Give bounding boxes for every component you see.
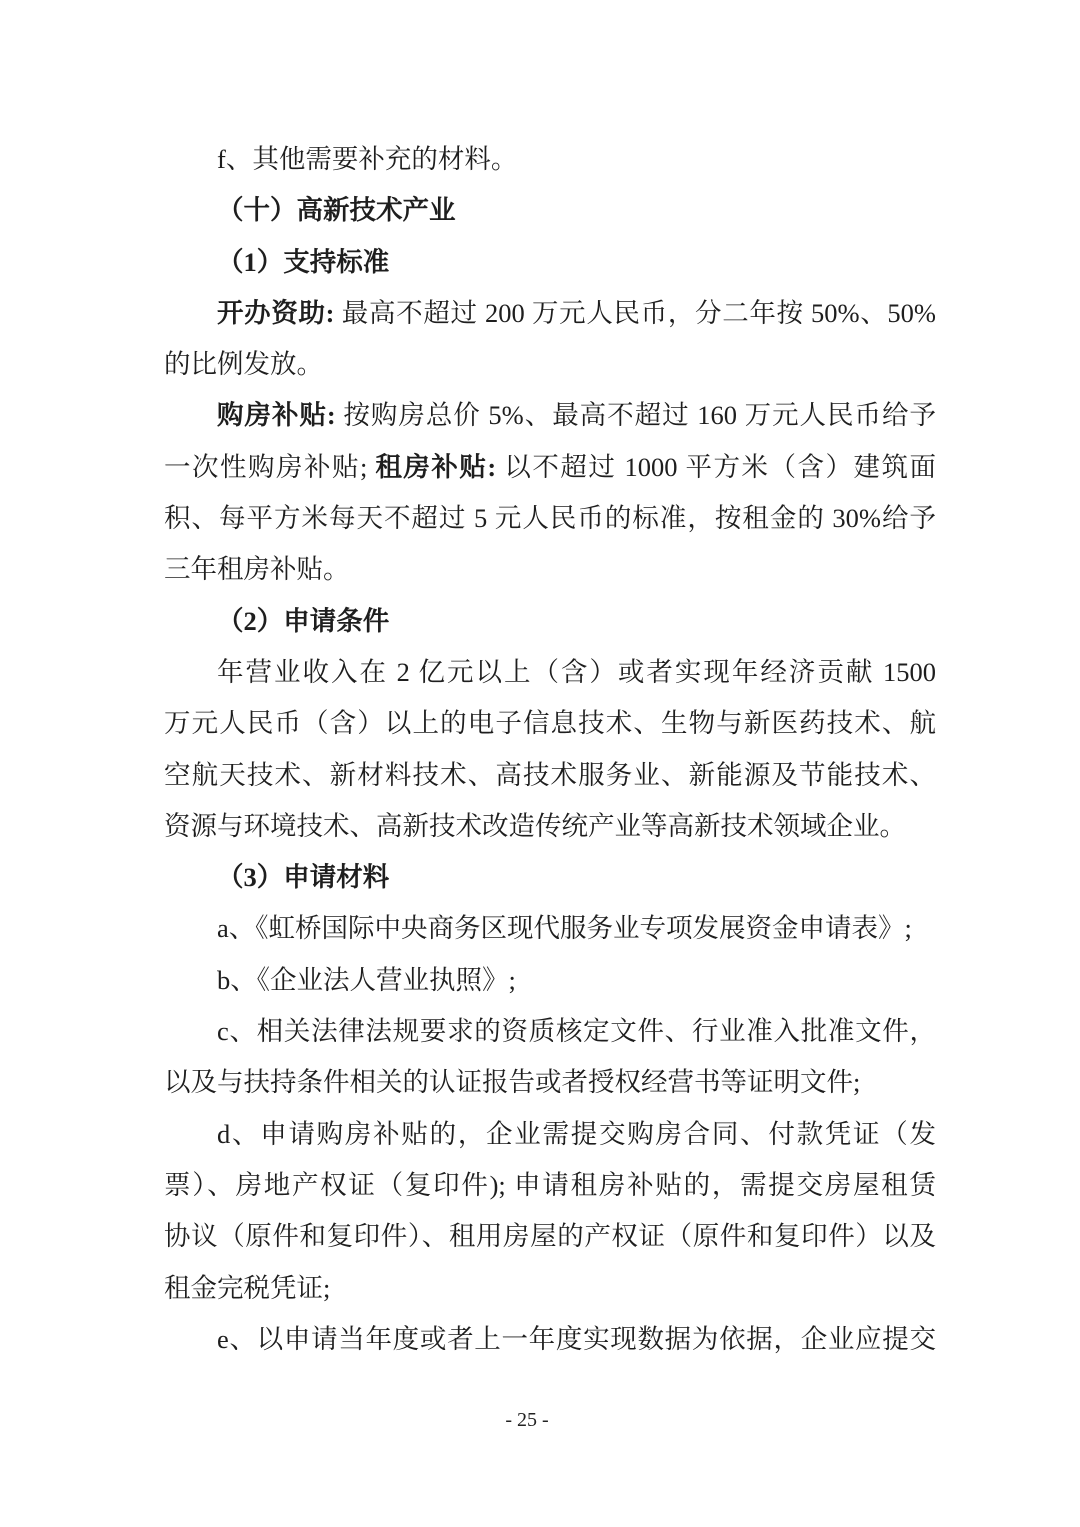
line-material-a-application-form: a、《虹桥国际中央商务区现代服务业专项发展资金申请表》; bbox=[164, 903, 936, 954]
text-startup-grant: 最高不超过 200 万元人民币，分二年按 50%、50% bbox=[335, 298, 936, 328]
label-startup-grant: 开办资助: bbox=[217, 298, 335, 328]
line-rent-subsidy: 一次性购房补贴; 租房补贴: 以不超过 1000 平方米（含）建筑面 bbox=[164, 442, 936, 493]
line-material-d-cont-3: 租金完税凭证; bbox=[164, 1263, 936, 1314]
line-material-b-business-license: b、《企业法人营业执照》; bbox=[164, 955, 936, 1006]
line-conditions-3: 空航天技术、新材料技术、高技术服务业、新能源及节能技术、 bbox=[164, 750, 936, 801]
line-material-d-cont-2: 协议（原件和复印件）、租用房屋的产权证（原件和复印件）以及 bbox=[164, 1211, 936, 1262]
heading-2-application-conditions: （2）申请条件 bbox=[164, 596, 936, 647]
line-conditions-2: 万元人民币（含）以上的电子信息技术、生物与新医药技术、航 bbox=[164, 698, 936, 749]
line-material-e-data-basis: e、以申请当年度或者上一年度实现数据为依据，企业应提交 bbox=[164, 1314, 936, 1365]
line-conditions-1: 年营业收入在 2 亿元以上（含）或者实现年经济贡献 1500 bbox=[164, 647, 936, 698]
line-material-c-qualification-docs: c、相关法律法规要求的资质核定文件、行业准入批准文件， bbox=[164, 1006, 936, 1057]
text-purchase-subsidy-cont: 一次性购房补贴; bbox=[164, 452, 375, 482]
line-material-d-purchase-docs: d、申请购房补贴的，企业需提交购房合同、付款凭证（发 bbox=[164, 1109, 936, 1160]
heading-1-support-standard: （1）支持标准 bbox=[164, 237, 936, 288]
page-footer: - 25 - bbox=[0, 1405, 1054, 1435]
label-purchase-subsidy: 购房补贴: bbox=[217, 400, 336, 430]
line-purchase-subsidy: 购房补贴: 按购房总价 5%、最高不超过 160 万元人民币给予 bbox=[164, 390, 936, 441]
line-material-c-cont: 以及与扶持条件相关的认证报告或者授权经营书等证明文件; bbox=[164, 1057, 936, 1108]
document-page: f、其他需要补充的材料。 （十）高新技术产业 （1）支持标准 开办资助: 最高不… bbox=[0, 0, 1080, 1527]
line-startup-grant: 开办资助: 最高不超过 200 万元人民币，分二年按 50%、50% bbox=[164, 288, 936, 339]
text-purchase-subsidy: 按购房总价 5%、最高不超过 160 万元人民币给予 bbox=[336, 400, 936, 430]
heading-section-ten-hightech-industry: （十）高新技术产业 bbox=[164, 185, 936, 236]
text-rent-subsidy: 以不超过 1000 平方米（含）建筑面 bbox=[496, 452, 936, 482]
line-startup-grant-cont: 的比例发放。 bbox=[164, 339, 936, 390]
heading-3-application-materials: （3）申请材料 bbox=[164, 852, 936, 903]
label-rent-subsidy: 租房补贴: bbox=[375, 452, 496, 482]
line-rent-subsidy-cont-1: 积、每平方米每天不超过 5 元人民币的标准，按租金的 30%给予 bbox=[164, 493, 936, 544]
line-conditions-4: 资源与环境技术、高新技术改造传统产业等高新技术领域企业。 bbox=[164, 801, 936, 852]
page-number: - 25 - bbox=[505, 1409, 548, 1431]
line-rent-subsidy-cont-2: 三年租房补贴。 bbox=[164, 544, 936, 595]
line-material-d-cont-1: 票）、房地产权证（复印件); 申请租房补贴的，需提交房屋租赁 bbox=[164, 1160, 936, 1211]
line-f-other-materials: f、其他需要补充的材料。 bbox=[164, 134, 936, 185]
document-body: f、其他需要补充的材料。 （十）高新技术产业 （1）支持标准 开办资助: 最高不… bbox=[164, 134, 936, 1365]
